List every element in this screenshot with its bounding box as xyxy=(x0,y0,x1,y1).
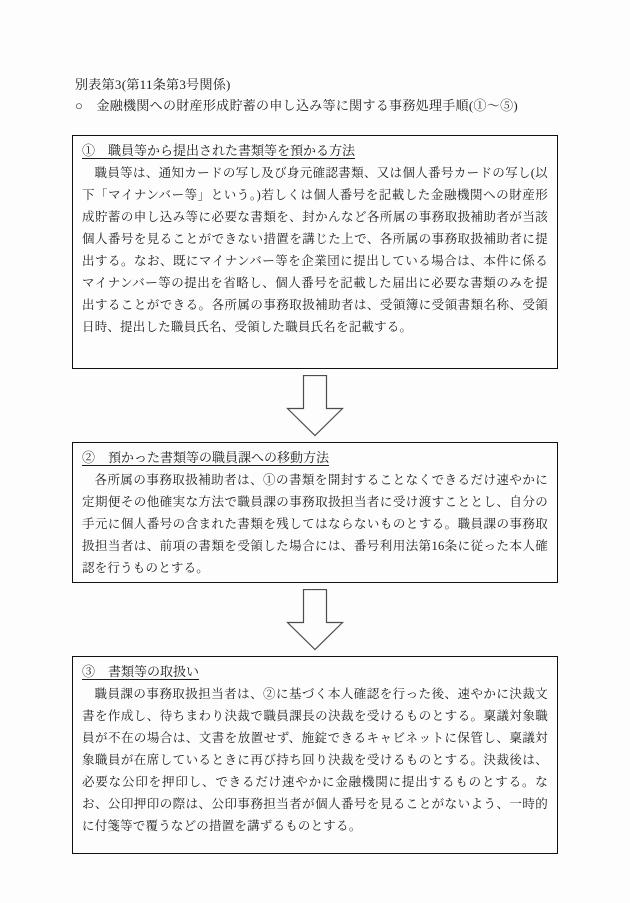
down-arrow-icon xyxy=(286,375,344,437)
document-page: 別表第3(第11条第3号関係) ○ 金融機関への財産形成貯蓄の申し込み等に関する… xyxy=(0,0,630,903)
document-header: 別表第3(第11条第3号関係) ○ 金融機関への財産形成貯蓄の申し込み等に関する… xyxy=(75,74,570,116)
step-2-body: 各所属の事務取扱補助者は、①の書類を開封することなくできるだけ速やかに定期便その… xyxy=(82,469,548,579)
flow-connector-2 xyxy=(72,583,558,656)
flow-connector-1 xyxy=(72,369,558,442)
step-1-body: 職員等は、通知カードの写し及び身元確認書類、又は個人番号カードの写し(以下「マイ… xyxy=(82,162,548,338)
step-3-body: 職員課の事務取扱担当者は、②に基づく本人確認を行った後、速やかに決裁文書を作成し… xyxy=(82,683,548,837)
step-1-title: ① 職員等から提出された書類等を預かる方法 xyxy=(82,140,548,162)
step-3-title: ③ 書類等の取扱い xyxy=(82,661,548,683)
flowchart: ① 職員等から提出された書類等を預かる方法 職員等は、通知カードの写し及び身元確… xyxy=(72,135,558,854)
down-arrow-icon xyxy=(286,589,344,651)
step-box-1: ① 職員等から提出された書類等を預かる方法 職員等は、通知カードの写し及び身元確… xyxy=(72,135,558,369)
appendix-label: 別表第3(第11条第3号関係) xyxy=(75,74,570,95)
step-box-3: ③ 書類等の取扱い 職員課の事務取扱担当者は、②に基づく本人確認を行った後、速や… xyxy=(72,656,558,854)
step-2-title: ② 預かった書類等の職員課への移動方法 xyxy=(82,447,548,469)
step-box-2: ② 預かった書類等の職員課への移動方法 各所属の事務取扱補助者は、①の書類を開封… xyxy=(72,442,558,583)
procedure-heading: ○ 金融機関への財産形成貯蓄の申し込み等に関する事務処理手順(①～⑤) xyxy=(75,95,570,116)
